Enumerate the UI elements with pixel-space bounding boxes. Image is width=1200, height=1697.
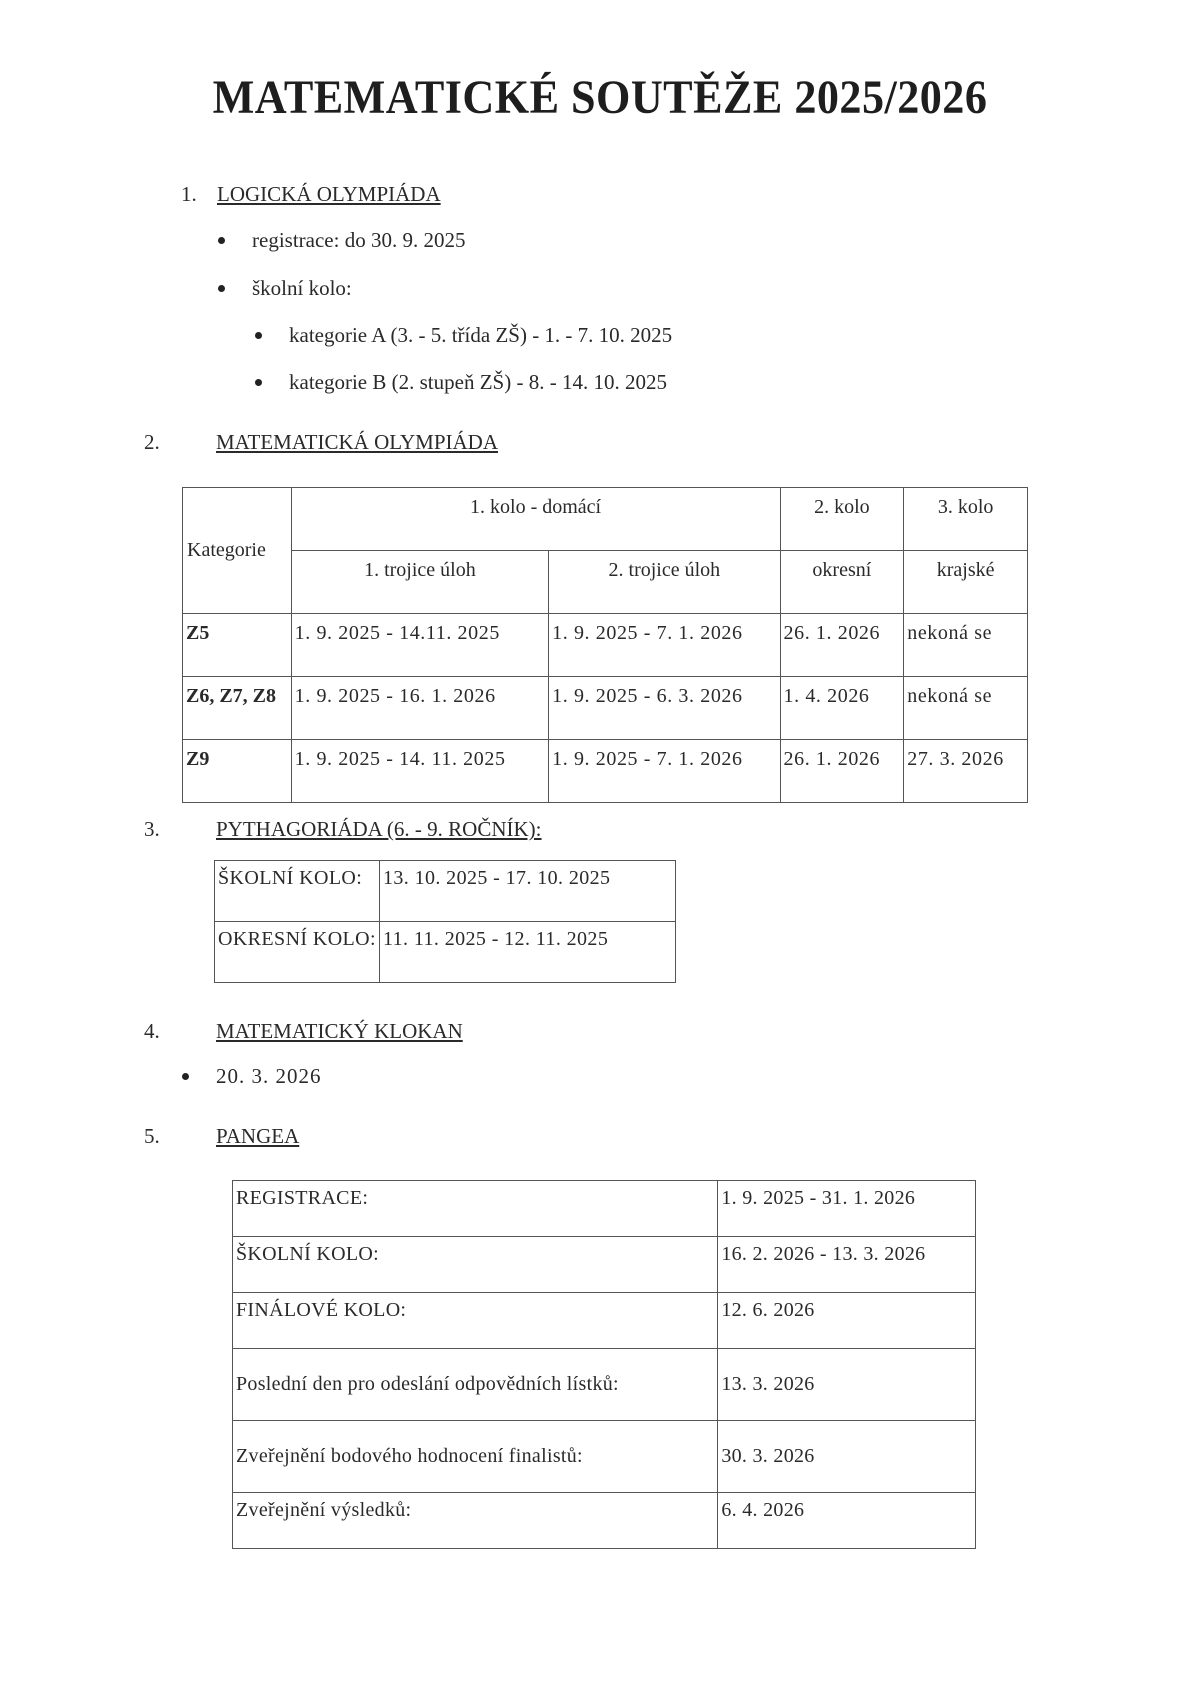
table-row: OKRESNÍ KOLO: 11. 11. 2025 - 12. 11. 202… (215, 922, 676, 983)
header-kolo-2: 2. kolo (780, 488, 904, 551)
table-row: Z6, Z7, Z8 1. 9. 2025 - 16. 1. 2026 1. 9… (183, 677, 1028, 740)
table-subheader-row: 1. trojice úloh 2. trojice úloh okresní … (183, 551, 1028, 614)
bullet-icon (182, 1073, 189, 1080)
table-row: Z9 1. 9. 2025 - 14. 11. 2025 1. 9. 2025 … (183, 740, 1028, 803)
document-title: MATEMATICKÉ SOUTĚŽE 2025/2026 (48, 70, 1152, 125)
section-title: LOGICKÁ OLYMPIÁDA (217, 182, 441, 207)
bullet-icon (255, 332, 262, 339)
header-kolo-1: 1. kolo - domácí (291, 488, 780, 551)
table-row: Zveřejnění bodového hodnocení finalistů:… (233, 1421, 976, 1493)
table-row: Zveřejnění výsledků: 6. 4. 2026 (233, 1493, 976, 1549)
section-title: PYTHAGORIÁDA (6. - 9. ROČNÍK): (216, 817, 542, 842)
section-number: 3. (144, 817, 160, 842)
table-header-row: Kategorie 1. kolo - domácí 2. kolo 3. ko… (183, 488, 1028, 551)
table-row: Z5 1. 9. 2025 - 14.11. 2025 1. 9. 2025 -… (183, 614, 1028, 677)
matematicka-olympiada-table: Kategorie 1. kolo - domácí 2. kolo 3. ko… (182, 487, 1028, 803)
pangea-table: REGISTRACE: 1. 9. 2025 - 31. 1. 2026 ŠKO… (232, 1180, 976, 1549)
table-row: REGISTRACE: 1. 9. 2025 - 31. 1. 2026 (233, 1181, 976, 1237)
table-row: FINÁLOVÉ KOLO: 12. 6. 2026 (233, 1293, 976, 1349)
section-number: 2. (144, 430, 160, 455)
section-title: MATEMATICKÝ KLOKAN (216, 1019, 463, 1044)
bullet-icon (218, 285, 225, 292)
section-number: 1. (181, 182, 197, 207)
section-title: PANGEA (216, 1124, 299, 1149)
pythagoriada-table: ŠKOLNÍ KOLO: 13. 10. 2025 - 17. 10. 2025… (214, 860, 676, 983)
header-kolo-3: 3. kolo (904, 488, 1028, 551)
bullet-icon (218, 237, 225, 244)
table-row: ŠKOLNÍ KOLO: 16. 2. 2026 - 13. 3. 2026 (233, 1237, 976, 1293)
section-number: 5. (144, 1124, 160, 1149)
bullet-icon (255, 379, 262, 386)
table-row: Poslední den pro odeslání odpovědních lí… (233, 1349, 976, 1421)
header-krajske: krajské (904, 551, 1028, 614)
header-okresni: okresní (780, 551, 904, 614)
header-kategorie: Kategorie (183, 488, 292, 614)
section-title: MATEMATICKÁ OLYMPIÁDA (216, 430, 498, 455)
header-trojice-2: 2. trojice úloh (549, 551, 780, 614)
table-row: ŠKOLNÍ KOLO: 13. 10. 2025 - 17. 10. 2025 (215, 861, 676, 922)
section-number: 4. (144, 1019, 160, 1044)
header-trojice-1: 1. trojice úloh (291, 551, 549, 614)
